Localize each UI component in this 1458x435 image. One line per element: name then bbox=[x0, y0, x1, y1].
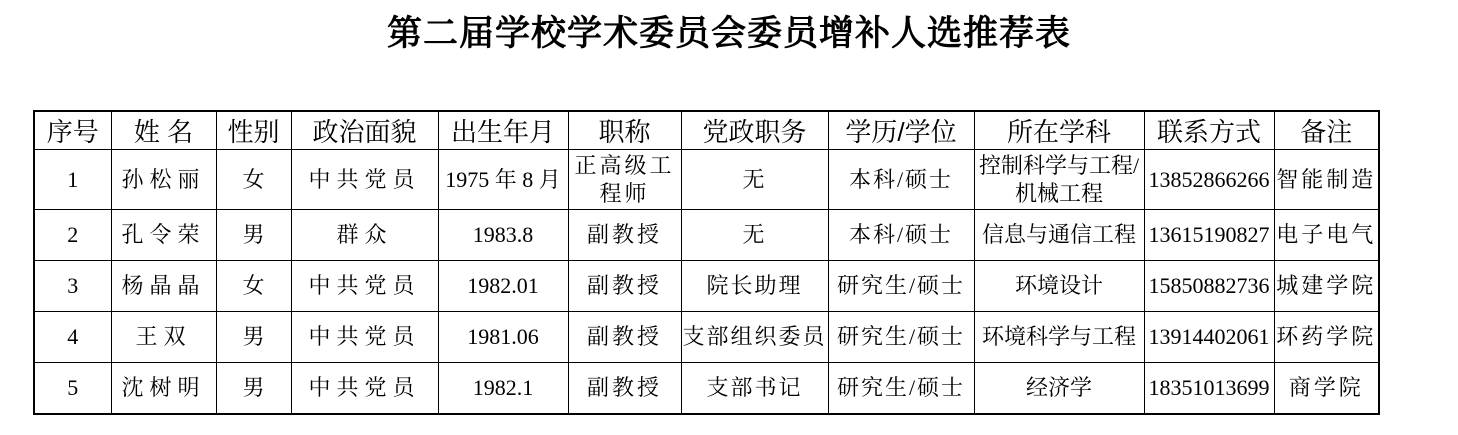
cell-political-status: 群众 bbox=[291, 210, 438, 261]
cell-name: 杨晶晶 bbox=[111, 261, 216, 312]
cell-education: 本科/硕士 bbox=[828, 210, 974, 261]
cell-remark: 电子电气 bbox=[1274, 210, 1379, 261]
page-title: 第二届学校学术委员会委员增补人选推荐表 bbox=[0, 0, 1458, 56]
cell-contact: 13615190827 bbox=[1144, 210, 1274, 261]
cell-name: 孙松丽 bbox=[111, 150, 216, 210]
cell-political-status: 中共党员 bbox=[291, 261, 438, 312]
cell-education: 研究生/硕士 bbox=[828, 363, 974, 414]
table-row: 3 杨晶晶 女 中共党员 1982.01 副教授 院长助理 研究生/硕士 环境设… bbox=[34, 261, 1379, 312]
cell-gender: 女 bbox=[216, 150, 291, 210]
cell-title: 副教授 bbox=[568, 312, 681, 363]
cell-political-status: 中共党员 bbox=[291, 363, 438, 414]
col-header-title: 职称 bbox=[568, 111, 681, 150]
cell-title: 副教授 bbox=[568, 210, 681, 261]
cell-title: 正高级工 程师 bbox=[568, 150, 681, 210]
cell-gender: 男 bbox=[216, 363, 291, 414]
cell-name: 王双 bbox=[111, 312, 216, 363]
cell-contact: 13852866266 bbox=[1144, 150, 1274, 210]
cell-party-duty: 院长助理 bbox=[681, 261, 828, 312]
recommendation-table: 序号 姓 名 性别 政治面貌 出生年月 职称 党政职务 学历/学位 所在学科 联… bbox=[33, 110, 1380, 415]
col-header-gender: 性别 bbox=[216, 111, 291, 150]
cell-birth-date: 1975 年 8 月 bbox=[438, 150, 568, 210]
cell-birth-date: 1981.06 bbox=[438, 312, 568, 363]
header-row: 序号 姓 名 性别 政治面貌 出生年月 职称 党政职务 学历/学位 所在学科 联… bbox=[34, 111, 1379, 150]
cell-remark: 城建学院 bbox=[1274, 261, 1379, 312]
cell-serial: 2 bbox=[34, 210, 111, 261]
cell-party-duty: 支部组织委员 bbox=[681, 312, 828, 363]
cell-birth-date: 1983.8 bbox=[438, 210, 568, 261]
table-row: 5 沈树明 男 中共党员 1982.1 副教授 支部书记 研究生/硕士 经济学 … bbox=[34, 363, 1379, 414]
cell-contact: 15850882736 bbox=[1144, 261, 1274, 312]
table-row: 1 孙松丽 女 中共党员 1975 年 8 月 正高级工 程师 无 本科/硕士 … bbox=[34, 150, 1379, 210]
cell-title: 副教授 bbox=[568, 261, 681, 312]
cell-discipline: 环境设计 bbox=[974, 261, 1144, 312]
cell-political-status: 中共党员 bbox=[291, 150, 438, 210]
cell-remark: 智能制造 bbox=[1274, 150, 1379, 210]
table-row: 4 王双 男 中共党员 1981.06 副教授 支部组织委员 研究生/硕士 环境… bbox=[34, 312, 1379, 363]
cell-party-duty: 无 bbox=[681, 210, 828, 261]
cell-gender: 女 bbox=[216, 261, 291, 312]
cell-remark: 商学院 bbox=[1274, 363, 1379, 414]
col-header-birth-date: 出生年月 bbox=[438, 111, 568, 150]
cell-discipline: 控制科学与工程/ 机械工程 bbox=[974, 150, 1144, 210]
cell-name: 沈树明 bbox=[111, 363, 216, 414]
table-row: 2 孔令荣 男 群众 1983.8 副教授 无 本科/硕士 信息与通信工程 13… bbox=[34, 210, 1379, 261]
cell-party-duty: 支部书记 bbox=[681, 363, 828, 414]
col-header-contact: 联系方式 bbox=[1144, 111, 1274, 150]
cell-party-duty: 无 bbox=[681, 150, 828, 210]
cell-serial: 3 bbox=[34, 261, 111, 312]
cell-serial: 4 bbox=[34, 312, 111, 363]
cell-contact: 13914402061 bbox=[1144, 312, 1274, 363]
cell-gender: 男 bbox=[216, 210, 291, 261]
cell-title: 副教授 bbox=[568, 363, 681, 414]
cell-political-status: 中共党员 bbox=[291, 312, 438, 363]
cell-education: 研究生/硕士 bbox=[828, 312, 974, 363]
col-header-education: 学历/学位 bbox=[828, 111, 974, 150]
cell-name: 孔令荣 bbox=[111, 210, 216, 261]
cell-education: 本科/硕士 bbox=[828, 150, 974, 210]
cell-serial: 5 bbox=[34, 363, 111, 414]
col-header-party-duty: 党政职务 bbox=[681, 111, 828, 150]
col-header-political-status: 政治面貌 bbox=[291, 111, 438, 150]
cell-discipline: 经济学 bbox=[974, 363, 1144, 414]
cell-education: 研究生/硕士 bbox=[828, 261, 974, 312]
col-header-name: 姓 名 bbox=[111, 111, 216, 150]
col-header-discipline: 所在学科 bbox=[974, 111, 1144, 150]
cell-birth-date: 1982.01 bbox=[438, 261, 568, 312]
cell-birth-date: 1982.1 bbox=[438, 363, 568, 414]
cell-discipline: 环境科学与工程 bbox=[974, 312, 1144, 363]
cell-contact: 18351013699 bbox=[1144, 363, 1274, 414]
cell-serial: 1 bbox=[34, 150, 111, 210]
cell-remark: 环药学院 bbox=[1274, 312, 1379, 363]
col-header-remark: 备注 bbox=[1274, 111, 1379, 150]
cell-discipline: 信息与通信工程 bbox=[974, 210, 1144, 261]
col-header-serial: 序号 bbox=[34, 111, 111, 150]
cell-gender: 男 bbox=[216, 312, 291, 363]
